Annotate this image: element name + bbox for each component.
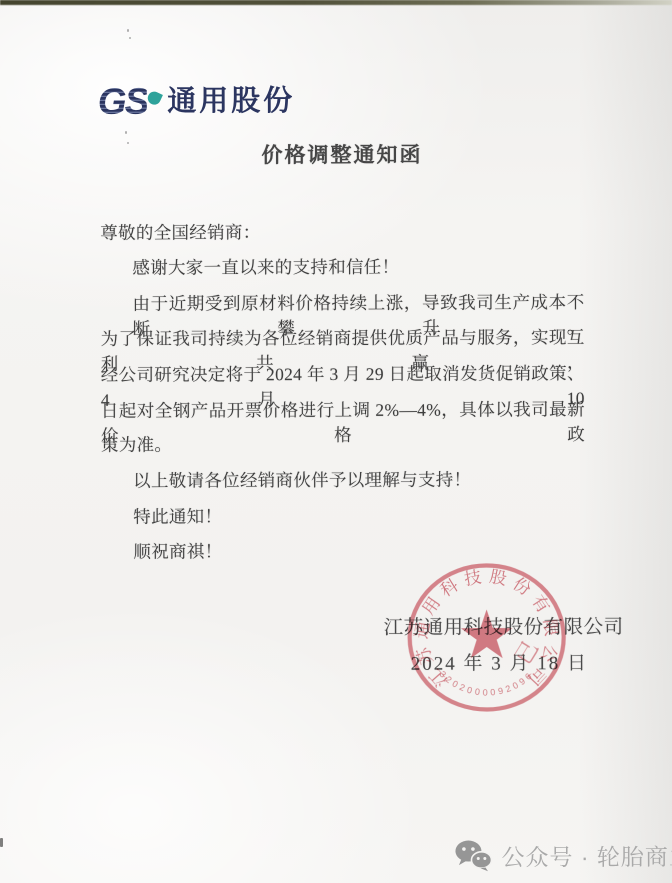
- watermark-label: 公众号 · 轮胎商业: [501, 839, 672, 873]
- letter-content: GS通用股份 价格调整通知函 尊敬的全国经销商： 感谢大家一直以来的支持和信任！…: [0, 0, 672, 883]
- company-logo: GS通用股份: [98, 78, 296, 129]
- company-seal-stamp: 江苏通用科技股份有限公司 3202000092096 已: [400, 559, 573, 716]
- wechat-icon: [454, 839, 492, 872]
- letter-title: 价格调整通知函: [100, 138, 584, 170]
- logo-gs-mark: GS: [98, 81, 148, 122]
- letter-photo: GS通用股份 价格调整通知函 尊敬的全国经销商： 感谢大家一直以来的支持和信任！…: [0, 0, 672, 883]
- letter-line: 顺祝商祺！: [133, 538, 222, 563]
- letter-line: 特此通知！: [133, 503, 222, 528]
- letter-line: 日起对全钢产品开票价格进行上调 2%—4%，具体以我司最新价格政: [101, 396, 585, 448]
- seal-inner-glyph: 已: [510, 636, 543, 669]
- letter-line: 策为准。: [101, 432, 172, 457]
- seal-star-icon: [461, 609, 513, 658]
- seal-serial-number: 3202000092096: [438, 669, 535, 698]
- wechat-watermark: 公众号 · 轮胎商业: [454, 839, 672, 873]
- letter-line: 感谢大家一直以来的支持和信任！: [132, 254, 399, 280]
- logo-company-name: 通用股份: [167, 85, 295, 117]
- salutation: 尊敬的全国经销商：: [100, 219, 260, 245]
- logo-leaf-icon: [146, 89, 163, 106]
- letter-line: 以上敬请各位经销商伙伴予以理解与支持！: [133, 467, 471, 493]
